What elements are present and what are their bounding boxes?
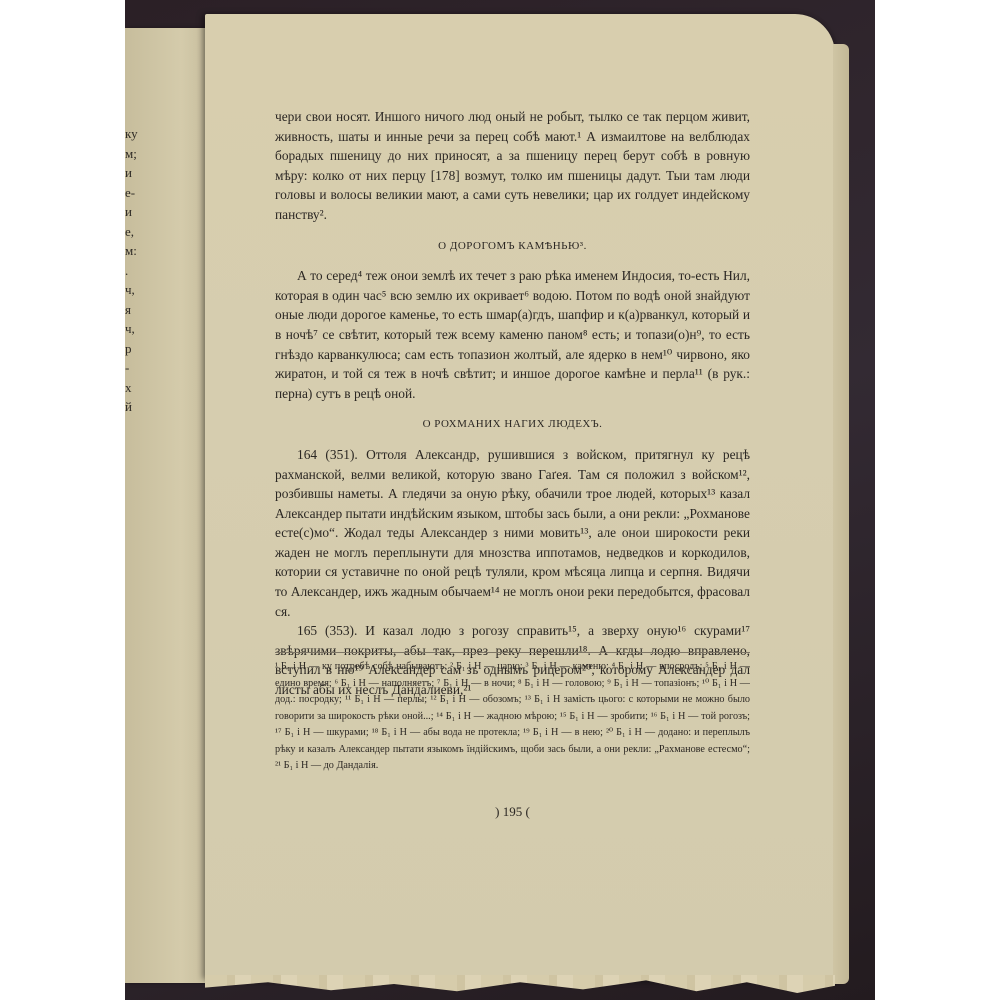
footnotes: ¹ Б₁ і Н — ку потребѣ собѣ набываютъ; ² … — [275, 652, 750, 775]
left-fragment: м; — [125, 144, 139, 164]
left-page-edge: кум;ие-ие,м:.ч,яч,р-хй — [125, 28, 205, 983]
paragraph: А то серед⁴ теж онои землѣ их течет з ра… — [275, 266, 750, 403]
left-fragment: - — [125, 358, 139, 378]
left-fragment: я — [125, 300, 139, 320]
left-fragment: ч, — [125, 319, 139, 339]
left-fragment: й — [125, 397, 139, 417]
left-fragment: ку — [125, 124, 139, 144]
left-fragment: е, — [125, 222, 139, 242]
paragraph: 164 (351). Оттоля Александр, рушившися з… — [275, 445, 750, 621]
page-body-text: чери свои носят. Иншого ничого люд оный … — [275, 107, 750, 700]
stacked-page-edges — [833, 44, 849, 984]
left-fragment: и — [125, 163, 139, 183]
left-fragment: . — [125, 261, 139, 281]
left-fragment: е- — [125, 183, 139, 203]
page-number: ) 195 ( — [275, 804, 750, 820]
left-fragment: р — [125, 339, 139, 359]
book-photo: кум;ие-ие,м:.ч,яч,р-хй чери свои носят. … — [125, 0, 875, 1000]
left-fragment: х — [125, 378, 139, 398]
book-page: чери свои носят. Иншого ничого люд оный … — [205, 14, 835, 979]
left-page-text-fragments: кум;ие-ие,м:.ч,яч,р-хй — [125, 124, 139, 417]
left-fragment: м: — [125, 241, 139, 261]
left-fragment: ч, — [125, 280, 139, 300]
left-fragment: и — [125, 202, 139, 222]
section-heading: О ДОРОГОМЪ КАМѢНЬЮ³. — [275, 237, 750, 257]
paragraph: чери свои носят. Иншого ничого люд оный … — [275, 107, 750, 225]
section-heading: О РОХМАНИХ НАГИХ ЛЮДЕХЪ. — [275, 415, 750, 435]
